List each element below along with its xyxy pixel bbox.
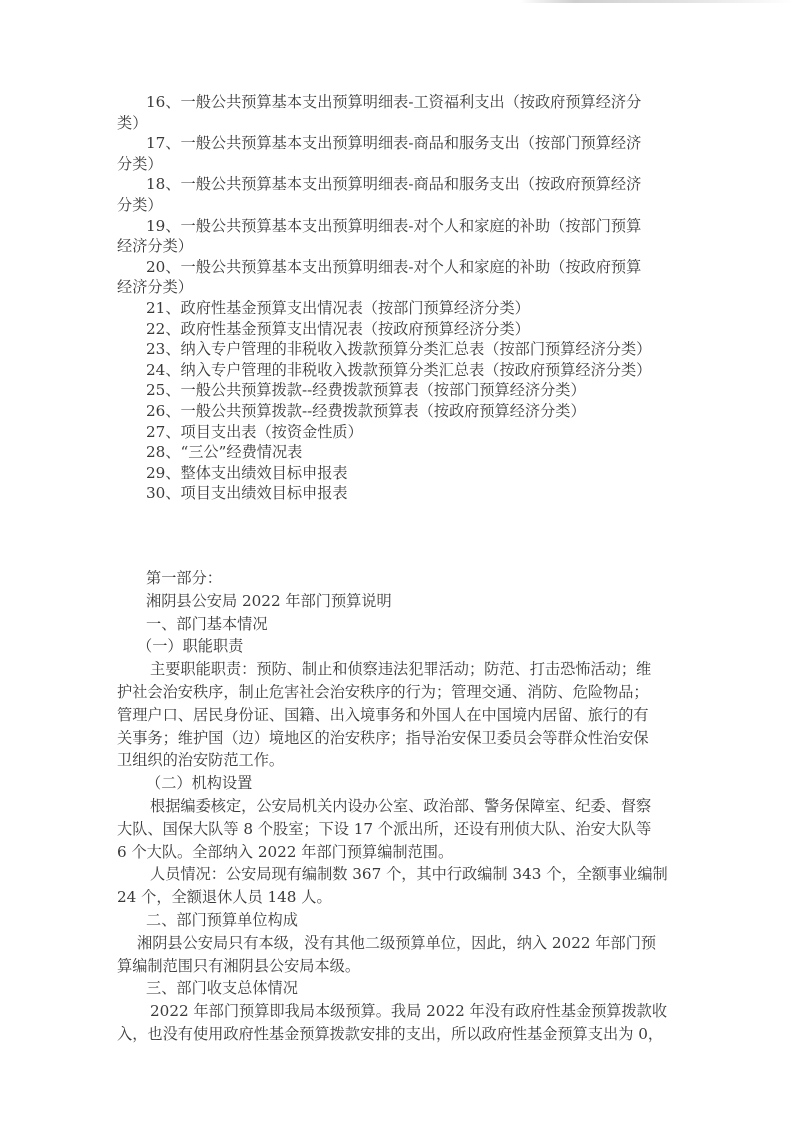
toc-item-26: 26、一般公共预算拨款--经费拨款预算表（按政府预算经济分类） (117, 401, 677, 422)
duties-line: 卫组织的治安防范工作。 (117, 749, 677, 772)
subheading-duties: （一）职能职责 (117, 635, 677, 658)
toc-item-24: 24、纳入专户管理的非税收入拨款预算分类汇总表（按政府预算经济分类） (117, 360, 677, 381)
toc-item-29: 29、整体支出绩效目标申报表 (117, 463, 677, 484)
heading-basic-info: 一、部门基本情况 (117, 613, 677, 636)
overall-line: 2022 年部门预算即我局本级预算。我局 2022 年没有政府性基金预算拨款收 (117, 1000, 677, 1023)
overall-line: 入，也没有使用政府性基金预算拨款安排的支出，所以政府性基金预算支出为 0， (117, 1023, 677, 1046)
toc-item-20: 20、一般公共预算基本支出预算明细表-对个人和家庭的补助（按政府预算 (117, 257, 677, 278)
duties-line: 护社会治安秩序，制止危害社会治安秩序的行为；管理交通、消防、危险物品； (117, 681, 677, 704)
toc-item-22: 22、政府性基金预算支出情况表（按政府预算经济分类） (117, 319, 677, 340)
toc-item-17-cont: 分类） (117, 154, 677, 175)
subheading-organization: （二）机构设置 (117, 772, 677, 795)
heading-budget-units: 二、部门预算单位构成 (117, 909, 677, 932)
org-line: 根据编委核定，公安局机关内设办公室、政治部、警务保障室、纪委、督察 (117, 795, 677, 818)
duties-line: 管理户口、居民身份证、国籍、出入境事务和外国人在中国境内居留、旅行的有 (117, 704, 677, 727)
toc-item-18: 18、一般公共预算基本支出预算明细表-商品和服务支出（按政府预算经济 (117, 174, 677, 195)
toc-item-23: 23、纳入专户管理的非税收入拨款预算分类汇总表（按部门预算经济分类） (117, 339, 677, 360)
toc-item-27: 27、项目支出表（按资金性质） (117, 422, 677, 443)
staff-line: 24 个，全额退休人员 148 人。 (117, 886, 677, 909)
org-line: 6 个大队。全部纳入 2022 年部门预算编制范围。 (117, 841, 677, 864)
staff-line: 人员情况：公安局现有编制数 367 个，其中行政编制 343 个，全额事业编制 (117, 863, 677, 886)
toc-item-21: 21、政府性基金预算支出情况表（按部门预算经济分类） (117, 298, 677, 319)
toc-item-18-cont: 分类） (117, 195, 677, 216)
heading-overall: 三、部门收支总体情况 (117, 977, 677, 1000)
budget-explanation: 第一部分： 湘阴县公安局 2022 年部门预算说明 一、部门基本情况 （一）职能… (117, 567, 677, 1046)
paragraph-overall: 2022 年部门预算即我局本级预算。我局 2022 年没有政府性基金预算拨款收 … (117, 1000, 677, 1046)
toc-item-30: 30、项目支出绩效目标申报表 (117, 483, 677, 504)
paragraph-staff: 人员情况：公安局现有编制数 367 个，其中行政编制 343 个，全额事业编制 … (117, 863, 677, 909)
toc-item-20-cont: 经济分类） (117, 277, 677, 298)
toc-item-25: 25、一般公共预算拨款--经费拨款预算表（按部门预算经济分类） (117, 380, 677, 401)
paragraph-organization: 根据编委核定，公安局机关内设办公室、政治部、警务保障室、纪委、督察 大队、国保大… (117, 795, 677, 863)
toc-item-16-cont: 类） (117, 113, 677, 134)
paragraph-units: 湘阴县公安局只有本级，没有其他二级预算单位，因此，纳入 2022 年部门预 算编… (117, 932, 677, 978)
duties-line: 主要职能职责：预防、制止和侦察违法犯罪活动；防范、打击恐怖活动；维 (117, 658, 677, 681)
document-title: 湘阴县公安局 2022 年部门预算说明 (117, 590, 677, 613)
toc-item-16: 16、一般公共预算基本支出预算明细表-工资福利支出（按政府预算经济分 (117, 92, 677, 113)
units-line: 算编制范围只有湘阴县公安局本级。 (117, 955, 677, 978)
toc-item-28: 28、“三公”经费情况表 (117, 442, 677, 463)
scan-edge-artifact (520, 0, 793, 3)
toc-item-17: 17、一般公共预算基本支出预算明细表-商品和服务支出（按部门预算经济 (117, 133, 677, 154)
org-line: 大队、国保大队等 8 个股室；下设 17 个派出所，还设有刑侦大队、治安大队等 (117, 818, 677, 841)
paragraph-duties: 主要职能职责：预防、制止和侦察违法犯罪活动；防范、打击恐怖活动；维 护社会治安秩… (117, 658, 677, 772)
toc-item-19-cont: 经济分类） (117, 236, 677, 257)
duties-line: 关事务；维护国（边）境地区的治安秩序；指导治安保卫委员会等群众性治安保 (117, 727, 677, 750)
toc-item-19: 19、一般公共预算基本支出预算明细表-对个人和家庭的补助（按部门预算 (117, 216, 677, 237)
table-of-contents: 16、一般公共预算基本支出预算明细表-工资福利支出（按政府预算经济分 类） 17… (117, 92, 677, 504)
part-label: 第一部分： (117, 567, 677, 590)
units-line: 湘阴县公安局只有本级，没有其他二级预算单位，因此，纳入 2022 年部门预 (117, 932, 677, 955)
